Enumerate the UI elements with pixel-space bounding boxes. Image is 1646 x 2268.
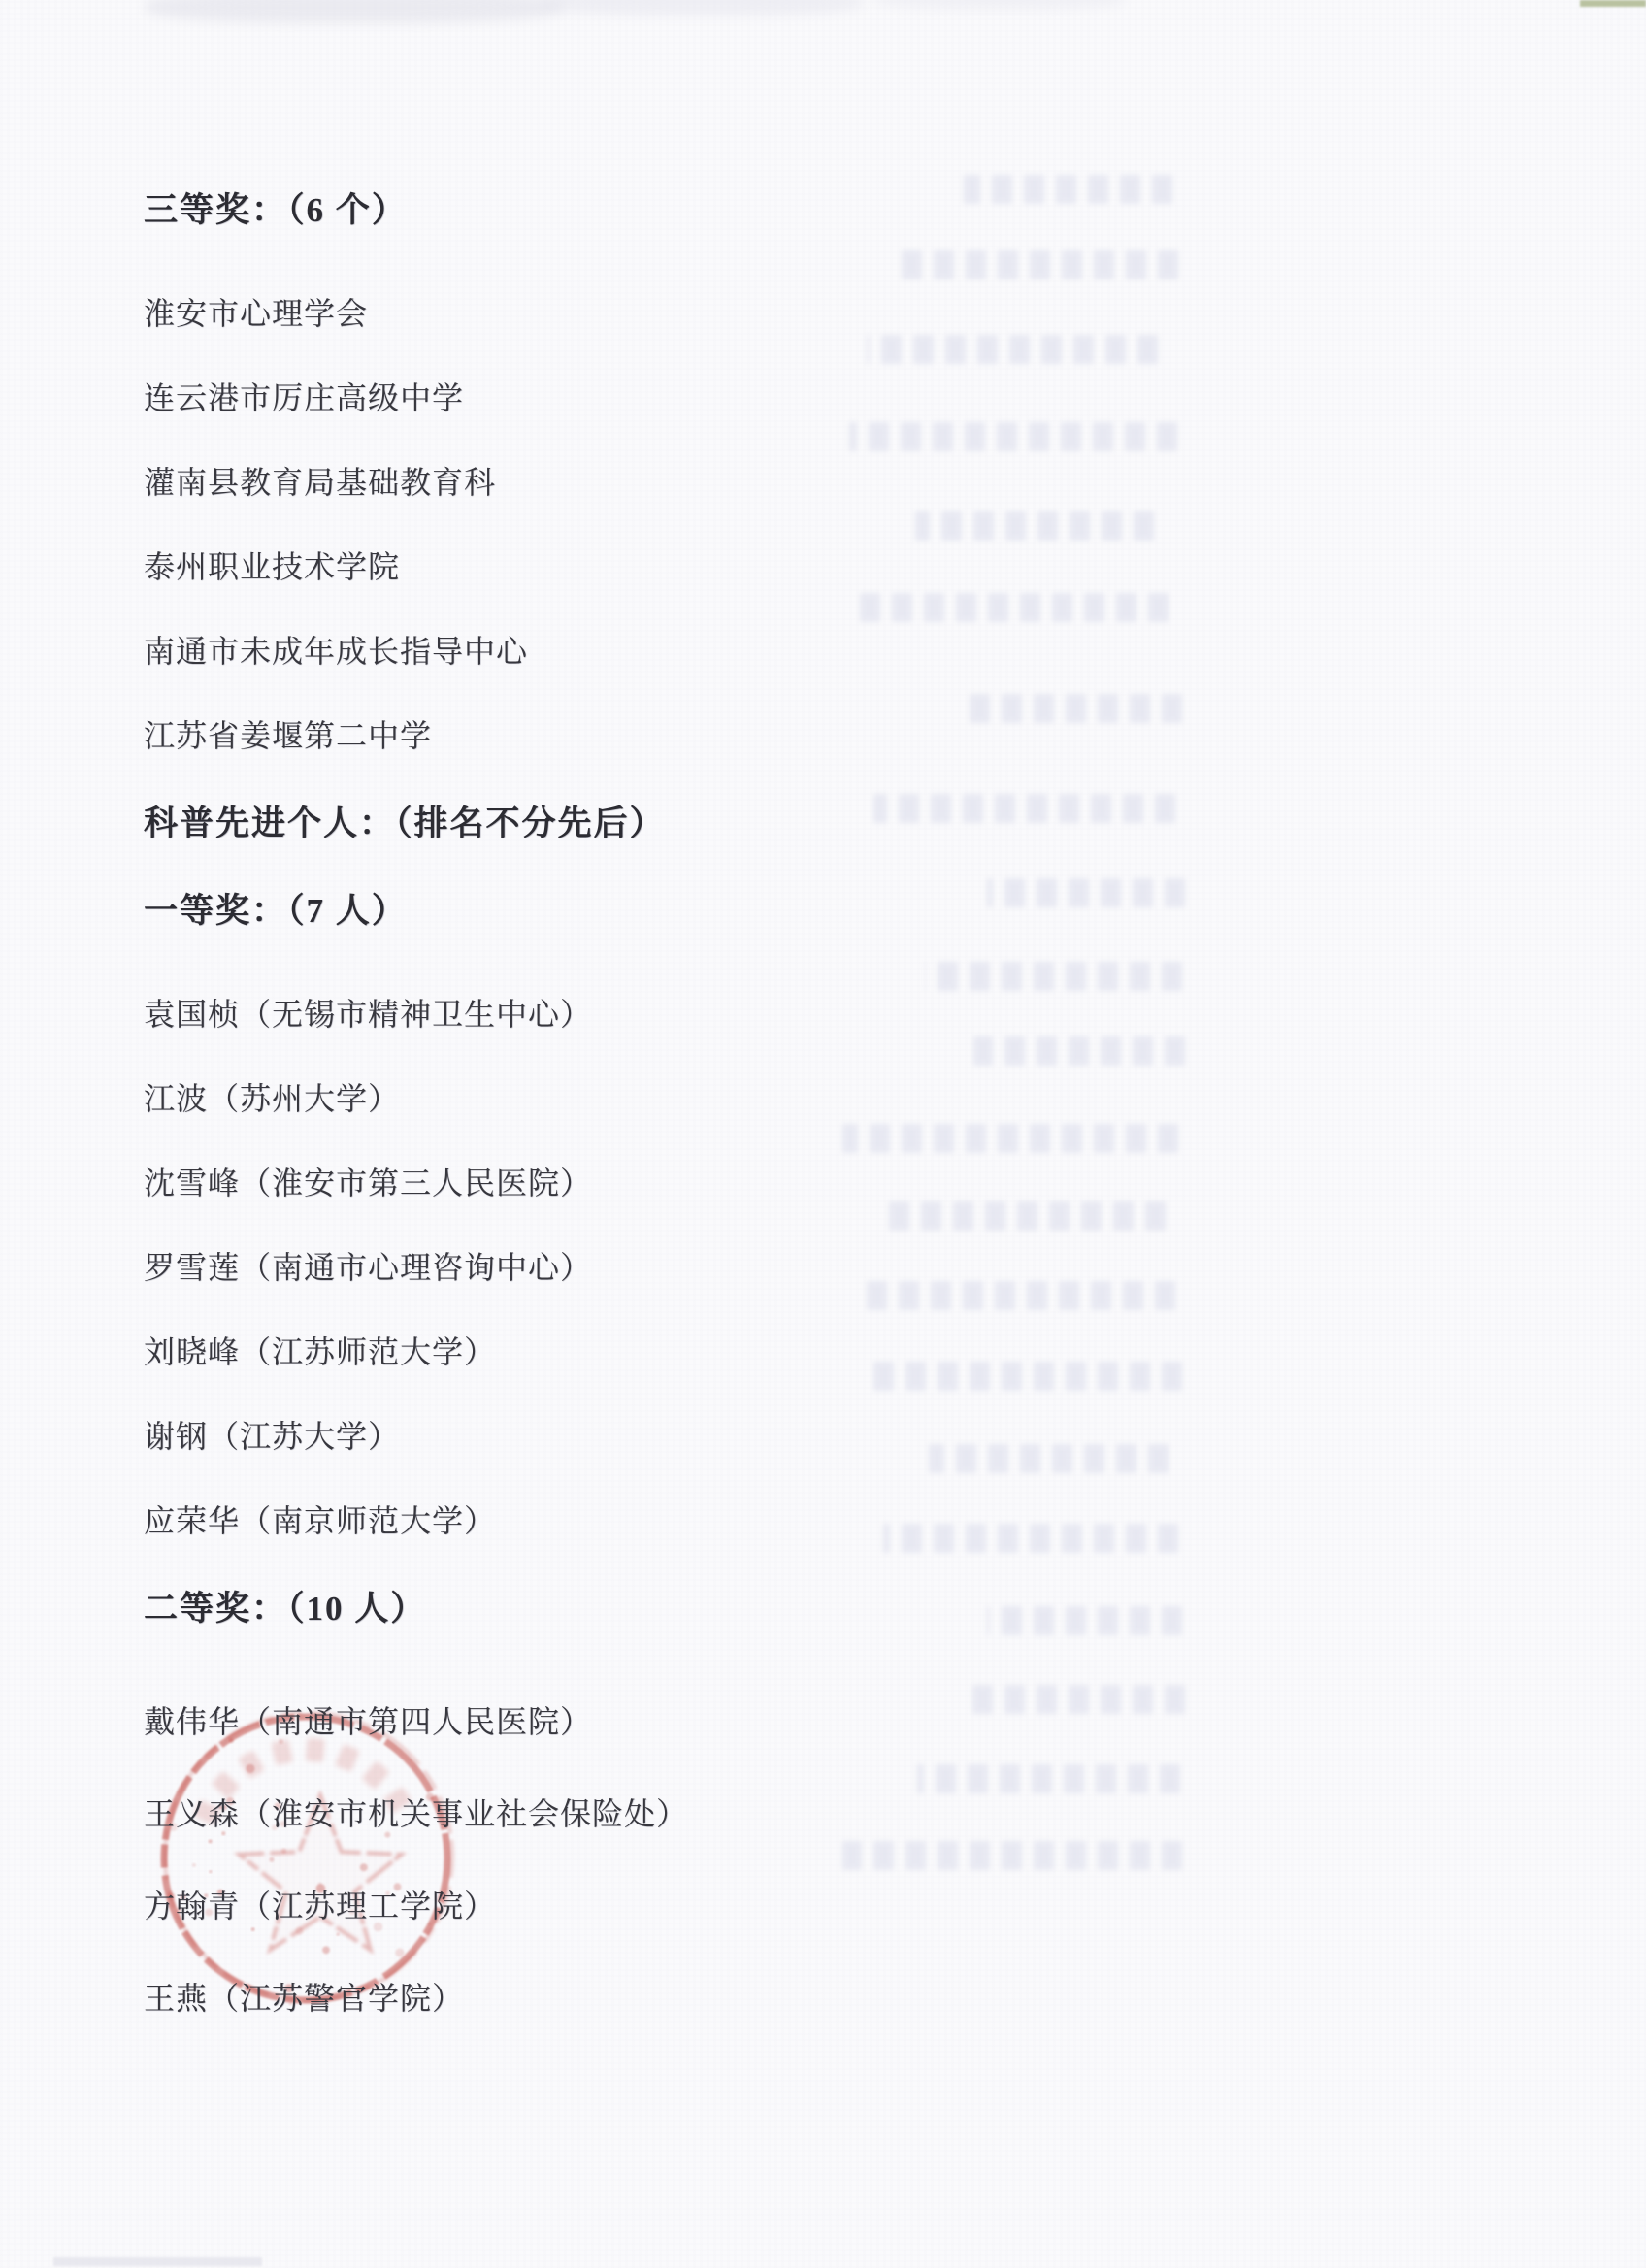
- list-item: 江苏省姜堰第二中学: [144, 716, 901, 755]
- list-item: 泰州职业技术学院: [144, 547, 901, 586]
- list-item: 刘晓峰（江苏师范大学）: [144, 1332, 901, 1371]
- list-item: 灌南县教育局基础教育科: [144, 463, 901, 502]
- list-item: 谢钢（江苏大学）: [144, 1417, 901, 1456]
- list-item: 袁国桢（无锡市精神卫生中心）: [144, 995, 901, 1034]
- list-item: 连云港市厉庄高级中学: [144, 378, 901, 417]
- section-first-prize-individuals: 一等奖：（7 人）袁国桢（无锡市精神卫生中心）江波（苏州大学）沈雪峰（淮安市第三…: [144, 888, 901, 1540]
- section-heading: 三等奖：（6 个）: [144, 187, 901, 234]
- document-content: 三等奖：（6 个）淮安市心理学会连云港市厉庄高级中学灌南县教育局基础教育科泰州职…: [144, 187, 901, 2071]
- list-item: 江波（苏州大学）: [144, 1079, 901, 1118]
- list-item: 淮安市心理学会: [144, 294, 901, 333]
- section-heading: 科普先进个人：（排名不分先后）: [144, 801, 901, 847]
- list-item: 应荣华（南京师范大学）: [144, 1501, 901, 1540]
- list-item: 罗雪莲（南通市心理咨询中心）: [144, 1248, 901, 1287]
- section-heading: 二等奖：（10 人）: [144, 1586, 901, 1632]
- section-third-prize-orgs: 三等奖：（6 个）淮安市心理学会连云港市厉庄高级中学灌南县教育局基础教育科泰州职…: [144, 187, 901, 755]
- list-item: 戴伟华（南通市第四人民医院）: [144, 1702, 901, 1741]
- section-second-prize-individuals: 二等奖：（10 人）戴伟华（南通市第四人民医院）王义森（淮安市机关事业社会保险处…: [144, 1586, 901, 2018]
- section-individuals-title: 科普先进个人：（排名不分先后）: [144, 801, 901, 847]
- list-item: 沈雪峰（淮安市第三人民医院）: [144, 1164, 901, 1202]
- list-item: 方翰青（江苏理工学院）: [144, 1887, 901, 1925]
- list-item: 王燕（江苏警官学院）: [144, 1979, 901, 2018]
- list-item: 南通市未成年成长指导中心: [144, 632, 901, 671]
- section-heading: 一等奖：（7 人）: [144, 888, 901, 935]
- list-item: 王义森（淮安市机关事业社会保险处）: [144, 1794, 901, 1833]
